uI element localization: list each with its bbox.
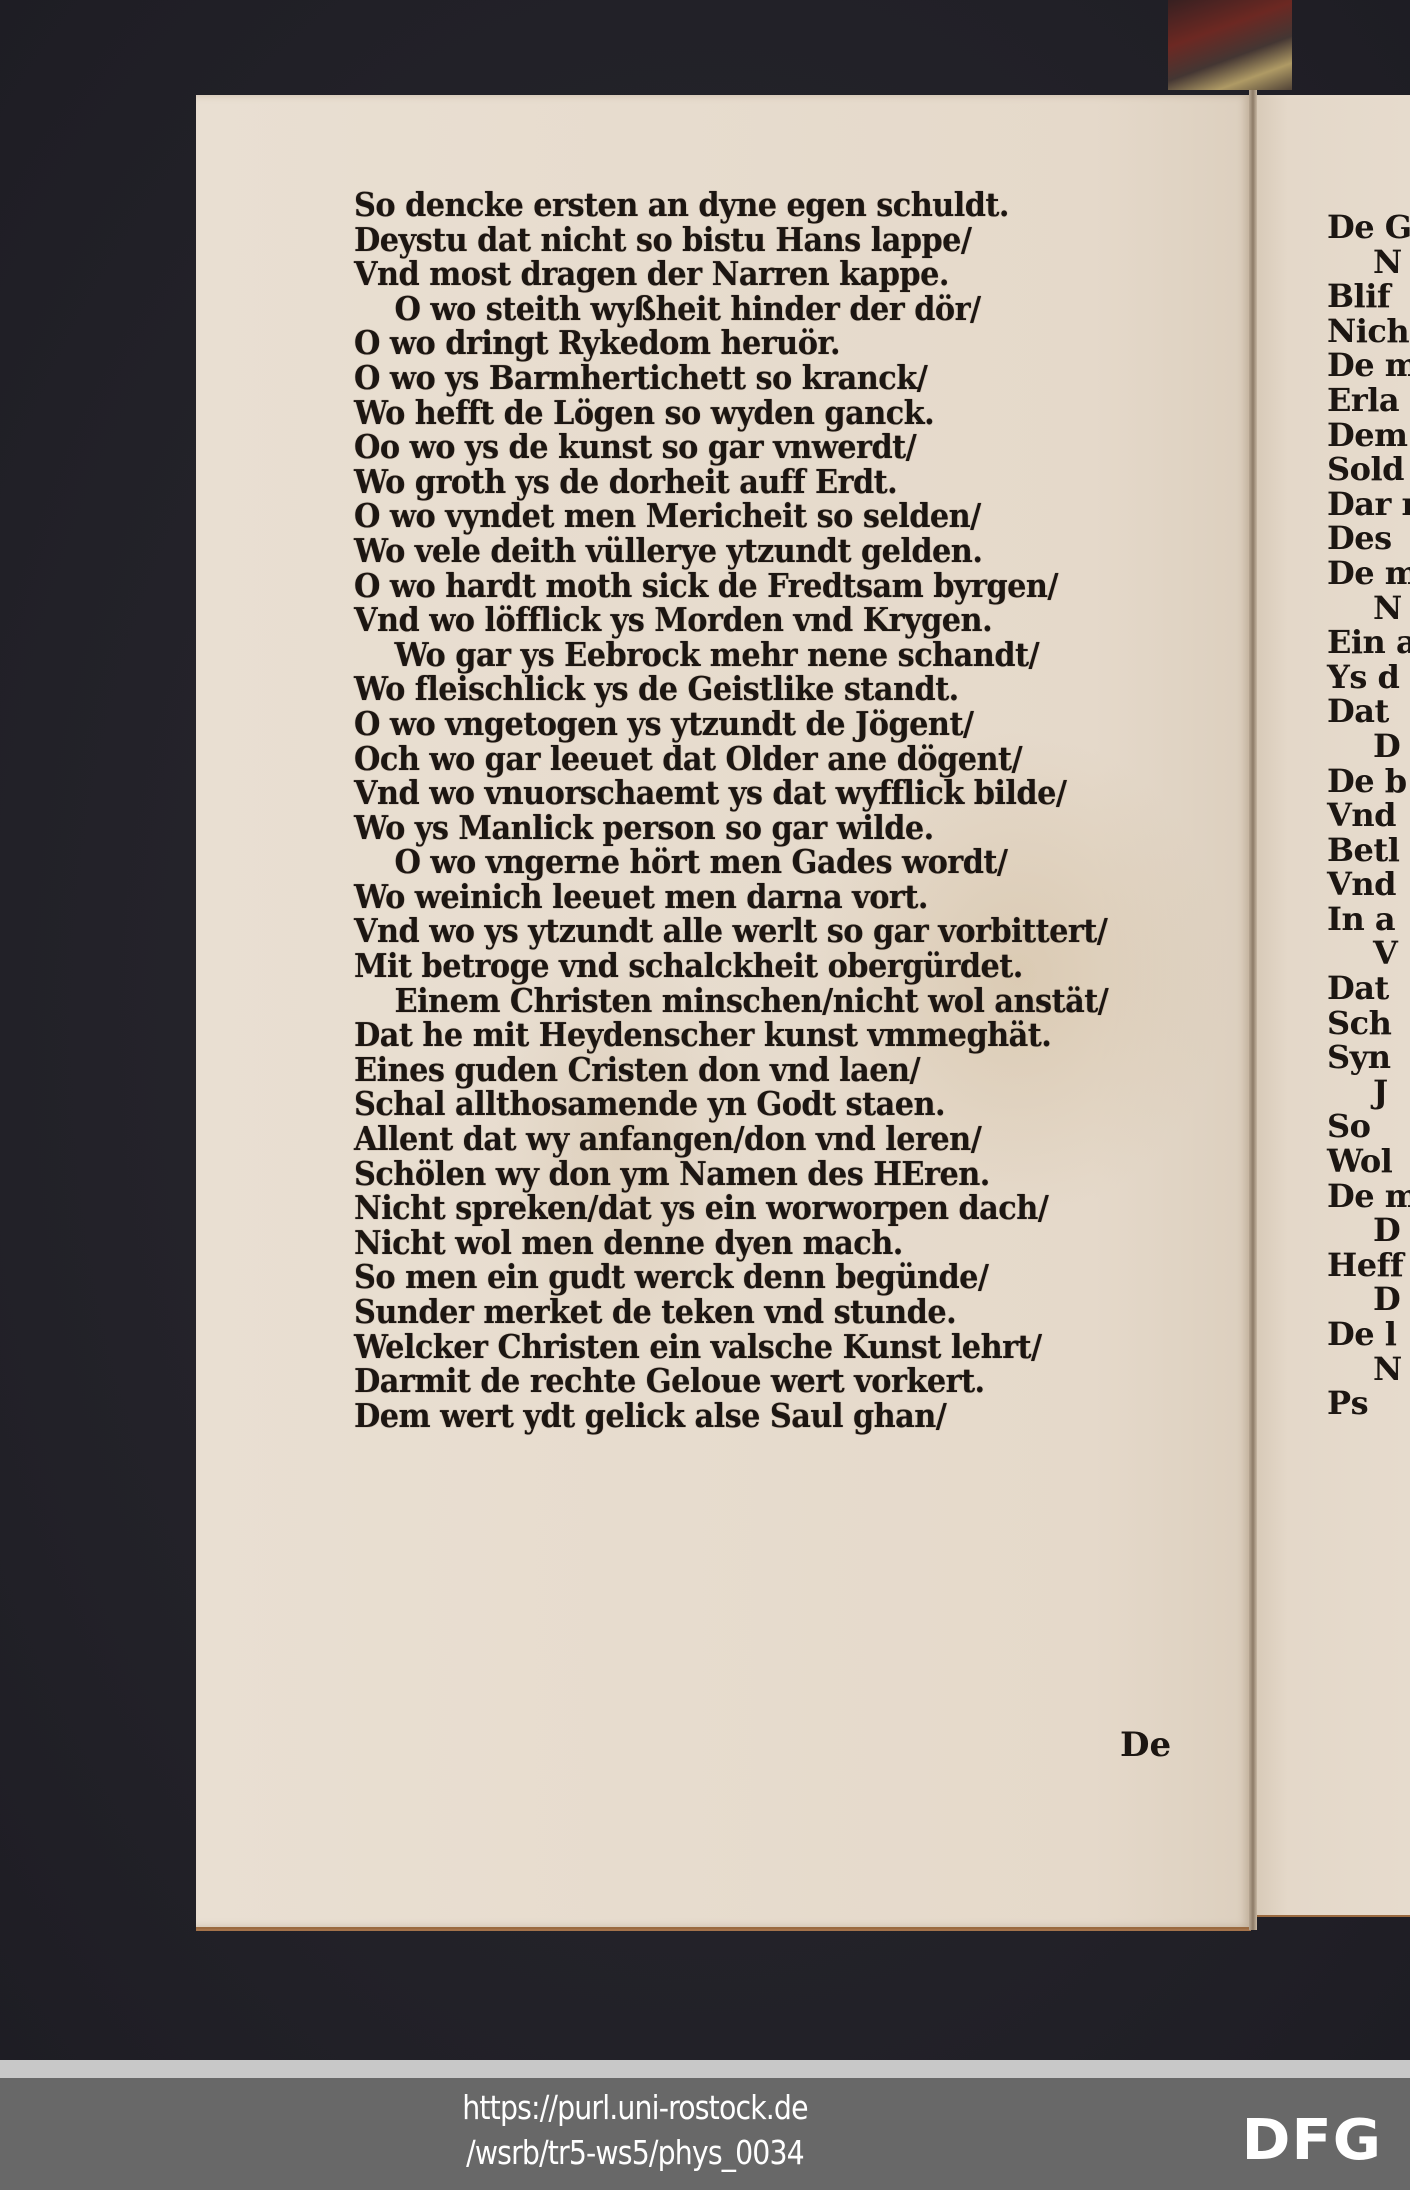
text-line: De m	[1327, 1179, 1410, 1214]
text-line: Vnd most dragen der Narren kappe.	[354, 257, 1164, 292]
text-line: J	[1327, 1075, 1410, 1110]
text-line: Betl	[1327, 833, 1410, 868]
dfg-logo: DFG	[1242, 2108, 1382, 2173]
text-line: Dat	[1327, 694, 1410, 729]
text-line: N	[1327, 245, 1410, 280]
text-line: Och wo gar leeuet dat Older ane dögent/	[354, 742, 1164, 777]
text-line: Heff	[1327, 1248, 1410, 1283]
text-line: Vnd wo vnuorschaemt ys dat wyfflick bild…	[354, 776, 1164, 811]
text-line: O wo vngetogen ys ytzundt de Jögent/	[354, 707, 1164, 742]
permalink-line-1[interactable]: https://purl.uni-rostock.de	[89, 2088, 1181, 2127]
text-line: Wo weinich leeuet men darna vort.	[354, 880, 1164, 915]
left-page-text: So dencke ersten an dyne egen schuldt.De…	[354, 188, 1234, 1433]
text-line: Sold	[1327, 452, 1410, 487]
right-page-text: De GNBlifNichDe mErlaDemSoldDar nDesDe m…	[1327, 210, 1410, 1421]
permalink-line-2[interactable]: /wsrb/tr5-ws5/phys_0034	[89, 2133, 1181, 2172]
text-line: Nicht spreken/dat ys ein worworpen dach/	[354, 1191, 1164, 1226]
text-line: Wo groth ys de dorheit auff Erdt.	[354, 465, 1164, 500]
text-line: Sunder merket de teken vnd stunde.	[354, 1295, 1164, 1330]
text-line: Dat he mit Heydenscher kunst vmmeghät.	[354, 1018, 1164, 1053]
text-line: O wo vngerne hört men Gades wordt/	[354, 845, 1164, 880]
text-line: Wo fleischlick ys de Geistlike standt.	[354, 672, 1164, 707]
text-line: Einem Christen minschen/nicht wol anstät…	[354, 984, 1164, 1019]
text-line: N	[1327, 1352, 1410, 1387]
text-line: Sch	[1327, 1006, 1410, 1041]
text-line: Schölen wy don ym Namen des HEren.	[354, 1157, 1164, 1192]
text-line: O wo dringt Rykedom heruör.	[354, 326, 1164, 361]
text-line: Wo gar ys Eebrock mehr nene schandt/	[354, 638, 1164, 673]
book-cover-edge	[1168, 0, 1292, 90]
text-line: Erla	[1327, 383, 1410, 418]
text-line: Welcker Christen ein valsche Kunst lehrt…	[354, 1330, 1164, 1365]
catchword: De	[1120, 1725, 1171, 1765]
text-line: Nicht wol men denne dyen mach.	[354, 1226, 1164, 1261]
text-line: De l	[1327, 1317, 1410, 1352]
text-line: Des	[1327, 521, 1410, 556]
text-line: De G	[1327, 210, 1410, 245]
text-line: Dat	[1327, 971, 1410, 1006]
text-line: Wo hefft de Lögen so wyden ganck.	[354, 396, 1164, 431]
text-line: Vnd	[1327, 867, 1410, 902]
text-line: Syn	[1327, 1040, 1410, 1075]
text-line: O wo ys Barmhertichett so kranck/	[354, 361, 1164, 396]
text-line: V	[1327, 936, 1410, 971]
text-line: Wo ys Manlick person so gar wilde.	[354, 811, 1164, 846]
text-line: D	[1327, 1282, 1410, 1317]
text-line: O wo steith wyßheit hinder der dör/	[354, 292, 1164, 327]
text-line: D	[1327, 729, 1410, 764]
text-line: De m	[1327, 348, 1410, 383]
text-line: Vnd wo ys ytzundt alle werlt so gar vorb…	[354, 914, 1164, 949]
text-line: O wo hardt moth sick de Fredtsam byrgen/	[354, 569, 1164, 604]
text-line: Wo vele deith vüllerye ytzundt gelden.	[354, 534, 1164, 569]
text-line: Blif	[1327, 279, 1410, 314]
text-line: Darmit de rechte Geloue wert vorkert.	[354, 1364, 1164, 1399]
text-line: Wol	[1327, 1144, 1410, 1179]
text-line: Vnd	[1327, 798, 1410, 833]
text-line: O wo vyndet men Mericheit so selden/	[354, 499, 1164, 534]
text-line: Eines guden Cristen don vnd laen/	[354, 1053, 1164, 1088]
text-line: Dem	[1327, 418, 1410, 453]
text-line: Deystu dat nicht so bistu Hans lappe/	[354, 223, 1164, 258]
text-line: Nich	[1327, 314, 1410, 349]
text-line: Allent dat wy anfangen/don vnd leren/	[354, 1122, 1164, 1157]
text-line: Ys d	[1327, 660, 1410, 695]
text-line: N	[1327, 591, 1410, 626]
text-line: Ein a	[1327, 625, 1410, 660]
text-line: Ps	[1327, 1386, 1410, 1421]
text-line: Oo wo ys de kunst so gar vnwerdt/	[354, 430, 1164, 465]
text-line: So dencke ersten an dyne egen schuldt.	[354, 188, 1164, 223]
text-line: Vnd wo löfflick ys Morden vnd Krygen.	[354, 603, 1164, 638]
text-line: De m	[1327, 556, 1410, 591]
text-line: Schal allthosamende yn Godt staen.	[354, 1087, 1164, 1122]
footer-separator	[0, 2060, 1410, 2078]
text-line: Dem wert ydt gelick alse Saul ghan/	[354, 1399, 1164, 1434]
text-line: In a	[1327, 902, 1410, 937]
text-line: De b	[1327, 764, 1410, 799]
text-line: So men ein gudt werck denn begünde/	[354, 1260, 1164, 1295]
text-line: Mit betroge vnd schalckheit obergürdet.	[354, 949, 1164, 984]
book-gutter	[1249, 90, 1257, 1930]
text-line: So	[1327, 1109, 1410, 1144]
scan-viewport: So dencke ersten an dyne egen schuldt.De…	[0, 0, 1410, 2060]
footer-bar: https://purl.uni-rostock.de /wsrb/tr5-ws…	[0, 2078, 1410, 2190]
text-line: Dar n	[1327, 487, 1410, 522]
text-line: D	[1327, 1213, 1410, 1248]
